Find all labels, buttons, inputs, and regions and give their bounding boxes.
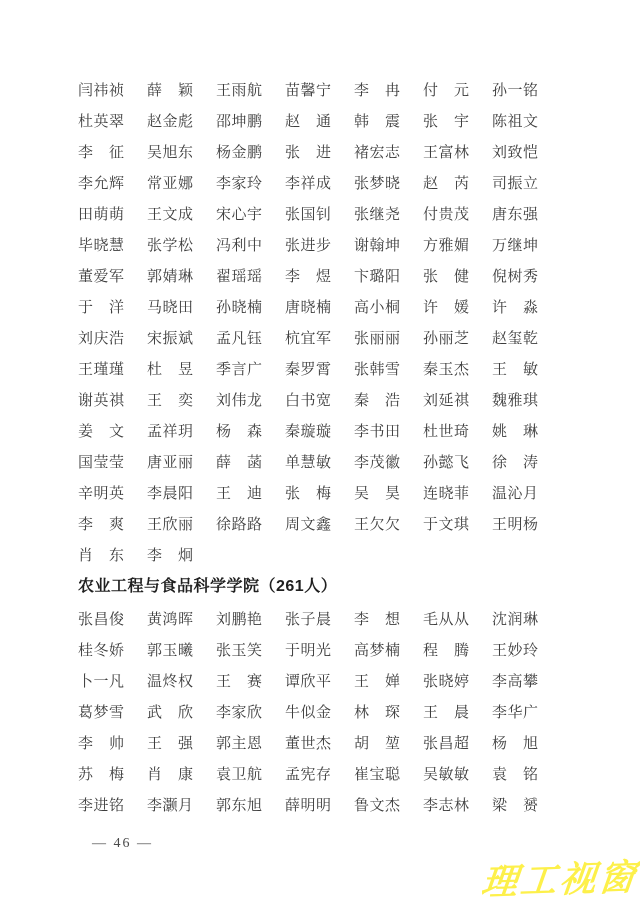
name-row: 桂冬娇郭玉曦张玉笑于明光高梦楠程 腾王妙玲 [78, 634, 564, 665]
name-cell: 刘致恺 [492, 141, 540, 162]
name-cell: 王 奕 [147, 389, 195, 410]
name-cell: 王 迪 [216, 482, 264, 503]
name-cell: 杜世琦 [423, 420, 471, 441]
name-cell: 李允辉 [78, 172, 126, 193]
name-cell: 李 冉 [354, 79, 402, 100]
name-cell: 邵坤鹏 [216, 110, 264, 131]
name-cell: 国莹莹 [78, 451, 126, 472]
name-cell: 李 想 [354, 608, 402, 629]
name-cell: 张丽丽 [354, 327, 402, 348]
name-cell: 王文成 [147, 203, 195, 224]
name-cell: 张进步 [285, 234, 333, 255]
name-cell: 于明光 [285, 639, 333, 660]
name-row: 辛明英李晨阳王 迪张 梅吴 昊连晓菲温沁月 [78, 477, 564, 508]
name-cell: 魏雅琪 [492, 389, 540, 410]
name-cell: 张继尧 [354, 203, 402, 224]
name-cell: 鲁文杰 [354, 794, 402, 815]
name-cell: 毛从从 [423, 608, 471, 629]
name-cell: 王 敏 [492, 358, 540, 379]
name-cell: 姜 文 [78, 420, 126, 441]
name-cell: 吴敏敏 [423, 763, 471, 784]
name-cell: 姚 琳 [492, 420, 540, 441]
watermark-logo: 理工视窗 [479, 849, 640, 905]
name-cell: 赵 通 [285, 110, 333, 131]
name-cell: 倪树秀 [492, 265, 540, 286]
page-number: — 46 — [92, 836, 153, 852]
name-cell: 宋振斌 [147, 327, 195, 348]
name-cell: 张晓婷 [423, 670, 471, 691]
name-cell: 王 婵 [354, 670, 402, 691]
name-cell: 赵玺乾 [492, 327, 540, 348]
name-cell: 宋心宇 [216, 203, 264, 224]
name-cell: 薛明明 [285, 794, 333, 815]
name-cell: 赵金彪 [147, 110, 195, 131]
name-row: 姜 文孟祥玥杨 森秦璇璇李书田杜世琦姚 琳 [78, 415, 564, 446]
name-cell: 孙丽芝 [423, 327, 471, 348]
name-row: 李 征吴旭东杨金鹏张 进褚宏志王富林刘致恺 [78, 136, 564, 167]
name-row: 李 爽王欣丽徐路路周文鑫王欠欠于文琪王明杨 [78, 508, 564, 539]
name-cell: 王雨航 [216, 79, 264, 100]
name-cell: 李进铭 [78, 794, 126, 815]
name-cell: 闫祎祯 [78, 79, 126, 100]
name-cell: 周文鑫 [285, 513, 333, 534]
name-cell: 袁卫航 [216, 763, 264, 784]
name-cell: 崔宝聪 [354, 763, 402, 784]
name-cell: 刘延祺 [423, 389, 471, 410]
name-cell: 王欠欠 [354, 513, 402, 534]
name-cell: 唐晓楠 [285, 296, 333, 317]
name-cell: 毕晓慧 [78, 234, 126, 255]
name-cell: 刘鹏艳 [216, 608, 264, 629]
name-cell: 王明杨 [492, 513, 540, 534]
name-cell: 杜 昱 [147, 358, 195, 379]
name-cell: 辛明英 [78, 482, 126, 503]
name-cell: 杭宜军 [285, 327, 333, 348]
name-row: 李允辉常亚娜李家玲李祥成张梦晓赵 芮司振立 [78, 167, 564, 198]
name-cell: 郭婧琳 [147, 265, 195, 286]
name-cell: 王瑾瑾 [78, 358, 126, 379]
name-row: 卜一凡温炵权王 赛谭欣平王 婵张晓婷李高攀 [78, 665, 564, 696]
name-row: 张昌俊黄鸿晖刘鹏艳张子晨李 想毛从从沈润琳 [78, 603, 564, 634]
name-cell: 张昌超 [423, 732, 471, 753]
name-cell: 葛梦雪 [78, 701, 126, 722]
name-cell: 于 洋 [78, 296, 126, 317]
name-cell: 王 强 [147, 732, 195, 753]
name-cell: 张子晨 [285, 608, 333, 629]
name-cell: 李 征 [78, 141, 126, 162]
name-cell: 刘庆浩 [78, 327, 126, 348]
name-cell: 万继坤 [492, 234, 540, 255]
name-cell: 季言广 [216, 358, 264, 379]
name-cell: 常亚娜 [147, 172, 195, 193]
name-cell: 袁 铭 [492, 763, 540, 784]
name-cell: 吴 昊 [354, 482, 402, 503]
name-cell: 孟祥玥 [147, 420, 195, 441]
name-cell: 张 进 [285, 141, 333, 162]
name-cell: 李祥成 [285, 172, 333, 193]
name-cell: 薛 菡 [216, 451, 264, 472]
name-cell: 程 腾 [423, 639, 471, 660]
name-cell: 褚宏志 [354, 141, 402, 162]
name-row: 李进铭李灏月郭东旭薛明明鲁文杰李志林梁 赟 [78, 789, 564, 820]
name-cell: 王 晨 [423, 701, 471, 722]
name-cell: 徐 涛 [492, 451, 540, 472]
name-row: 葛梦雪武 欣李家欣牛似金林 琛王 晨李华广 [78, 696, 564, 727]
name-cell: 马晓田 [147, 296, 195, 317]
name-cell: 李家玲 [216, 172, 264, 193]
name-row: 刘庆浩宋振斌孟凡钰杭宜军张丽丽孙丽芝赵玺乾 [78, 322, 564, 353]
name-cell: 孙晓楠 [216, 296, 264, 317]
name-cell: 张 宇 [423, 110, 471, 131]
name-cell: 沈润琳 [492, 608, 540, 629]
name-cell: 温炵权 [147, 670, 195, 691]
name-cell: 董世杰 [285, 732, 333, 753]
name-cell: 秦璇璇 [285, 420, 333, 441]
name-cell: 武 欣 [147, 701, 195, 722]
name-cell: 王富林 [423, 141, 471, 162]
name-cell: 李茂徽 [354, 451, 402, 472]
name-cell: 付 元 [423, 79, 471, 100]
name-cell: 张玉笑 [216, 639, 264, 660]
name-row: 董爱军郭婧琳翟瑶瑶李 煜卞璐阳张 健倪树秀 [78, 260, 564, 291]
name-cell: 翟瑶瑶 [216, 265, 264, 286]
name-cell: 李 炯 [147, 544, 195, 565]
name-cell: 王 赛 [216, 670, 264, 691]
name-row: 谢英祺王 奕刘伟龙白书宽秦 浩刘延祺魏雅琪 [78, 384, 564, 415]
name-cell: 苏 梅 [78, 763, 126, 784]
name-cell: 赵 芮 [423, 172, 471, 193]
name-cell: 连晓菲 [423, 482, 471, 503]
name-cell: 司振立 [492, 172, 540, 193]
name-cell: 李晨阳 [147, 482, 195, 503]
name-cell: 秦罗霄 [285, 358, 333, 379]
name-cell: 张国钊 [285, 203, 333, 224]
name-cell: 梁 赟 [492, 794, 540, 815]
name-cell: 秦 浩 [354, 389, 402, 410]
name-cell: 刘伟龙 [216, 389, 264, 410]
name-row: 杜英翠赵金彪邵坤鹏赵 通韩 震张 宇陈祖文 [78, 105, 564, 136]
name-cell: 冯利中 [216, 234, 264, 255]
name-row: 闫祎祯薛 颖王雨航苗馨宁李 冉付 元孙一铭 [78, 74, 564, 105]
name-cell: 方雅媚 [423, 234, 471, 255]
section-heading: 农业工程与食品科学学院（261人） [78, 570, 564, 603]
name-cell: 谢翰坤 [354, 234, 402, 255]
name-cell: 徐路路 [216, 513, 264, 534]
name-cell: 郭玉曦 [147, 639, 195, 660]
name-cell: 孙一铭 [492, 79, 540, 100]
name-cell: 李 煜 [285, 265, 333, 286]
name-cell: 陈祖文 [492, 110, 540, 131]
name-row: 国莹莹唐亚丽薛 菡单慧敏李茂徽孙懿飞徐 涛 [78, 446, 564, 477]
name-cell: 谭欣平 [285, 670, 333, 691]
name-cell: 于文琪 [423, 513, 471, 534]
name-cell: 薛 颖 [147, 79, 195, 100]
name-cell: 郭东旭 [216, 794, 264, 815]
name-cell: 桂冬娇 [78, 639, 126, 660]
name-cell: 唐东强 [492, 203, 540, 224]
name-cell: 高小桐 [354, 296, 402, 317]
name-cell: 张梦晓 [354, 172, 402, 193]
name-cell: 王妙玲 [492, 639, 540, 660]
document-page: 闫祎祯薛 颖王雨航苗馨宁李 冉付 元孙一铭杜英翠赵金彪邵坤鹏赵 通韩 震张 宇陈… [0, 0, 640, 905]
name-cell: 高梦楠 [354, 639, 402, 660]
name-cell: 张昌俊 [78, 608, 126, 629]
name-row: 田萌萌王文成宋心宇张国钊张继尧付贵茂唐东强 [78, 198, 564, 229]
name-cell: 许 媛 [423, 296, 471, 317]
name-cell: 许 淼 [492, 296, 540, 317]
name-cell: 王欣丽 [147, 513, 195, 534]
name-cell: 张韩雪 [354, 358, 402, 379]
name-cell: 李华广 [492, 701, 540, 722]
name-cell: 李书田 [354, 420, 402, 441]
name-cell: 肖 东 [78, 544, 126, 565]
name-cell: 孙懿飞 [423, 451, 471, 472]
name-cell: 胡 堃 [354, 732, 402, 753]
name-cell: 韩 震 [354, 110, 402, 131]
name-cell: 肖 康 [147, 763, 195, 784]
name-cell: 李高攀 [492, 670, 540, 691]
name-cell: 吴旭东 [147, 141, 195, 162]
name-cell: 秦玉杰 [423, 358, 471, 379]
name-cell: 牛似金 [285, 701, 333, 722]
name-list: 闫祎祯薛 颖王雨航苗馨宁李 冉付 元孙一铭杜英翠赵金彪邵坤鹏赵 通韩 震张 宇陈… [78, 74, 564, 820]
name-cell: 孟凡钰 [216, 327, 264, 348]
name-cell: 付贵茂 [423, 203, 471, 224]
name-cell: 李 爽 [78, 513, 126, 534]
name-cell: 孟宪存 [285, 763, 333, 784]
name-cell: 单慧敏 [285, 451, 333, 472]
name-row: 苏 梅肖 康袁卫航孟宪存崔宝聪吴敏敏袁 铭 [78, 758, 564, 789]
name-row: 毕晓慧张学松冯利中张进步谢翰坤方雅媚万继坤 [78, 229, 564, 260]
name-cell: 杨 旭 [492, 732, 540, 753]
name-cell: 李 帅 [78, 732, 126, 753]
name-row: 于 洋马晓田孙晓楠唐晓楠高小桐许 媛许 淼 [78, 291, 564, 322]
name-cell: 谢英祺 [78, 389, 126, 410]
name-cell: 黄鸿晖 [147, 608, 195, 629]
name-cell: 林 琛 [354, 701, 402, 722]
name-cell: 李志林 [423, 794, 471, 815]
name-cell: 李灏月 [147, 794, 195, 815]
name-cell: 白书宽 [285, 389, 333, 410]
name-cell: 卞璐阳 [354, 265, 402, 286]
name-cell: 卜一凡 [78, 670, 126, 691]
name-cell: 张 健 [423, 265, 471, 286]
name-cell: 温沁月 [492, 482, 540, 503]
name-cell: 郭主恩 [216, 732, 264, 753]
name-cell: 张学松 [147, 234, 195, 255]
name-cell: 田萌萌 [78, 203, 126, 224]
name-cell: 杜英翠 [78, 110, 126, 131]
name-cell: 董爱军 [78, 265, 126, 286]
name-row: 肖 东李 炯 [78, 539, 564, 570]
name-cell: 张 梅 [285, 482, 333, 503]
name-cell: 李家欣 [216, 701, 264, 722]
name-cell: 唐亚丽 [147, 451, 195, 472]
name-row: 李 帅王 强郭主恩董世杰胡 堃张昌超杨 旭 [78, 727, 564, 758]
name-row: 王瑾瑾杜 昱季言广秦罗霄张韩雪秦玉杰王 敏 [78, 353, 564, 384]
name-cell: 苗馨宁 [285, 79, 333, 100]
name-cell: 杨金鹏 [216, 141, 264, 162]
name-cell: 杨 森 [216, 420, 264, 441]
